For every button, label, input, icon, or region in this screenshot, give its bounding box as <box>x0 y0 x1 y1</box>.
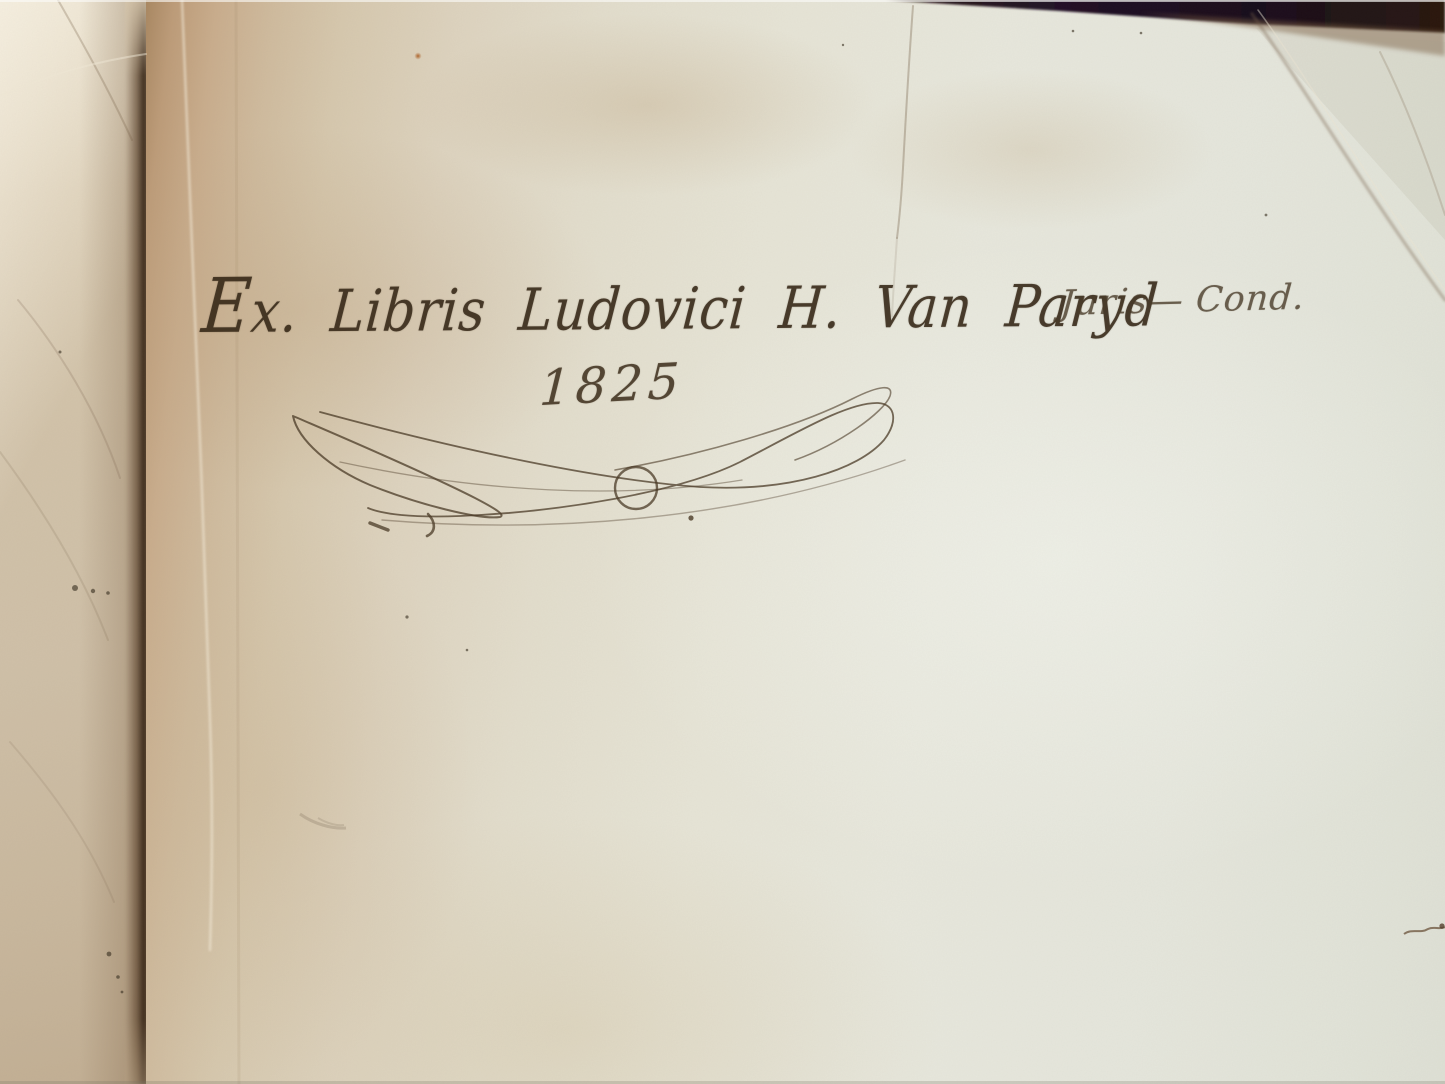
exlibris-qualifier: Juris— Cond. <box>1059 278 1307 324</box>
exlibris-year: 1825 <box>538 352 686 417</box>
book-photo: Ex. Libris Ludovici H. Van Paryd Juris— … <box>0 0 1445 1084</box>
exlibris-line: Ex. Libris Ludovici H. Van Paryd <box>199 255 1163 350</box>
endpaper-page <box>146 0 1445 1084</box>
